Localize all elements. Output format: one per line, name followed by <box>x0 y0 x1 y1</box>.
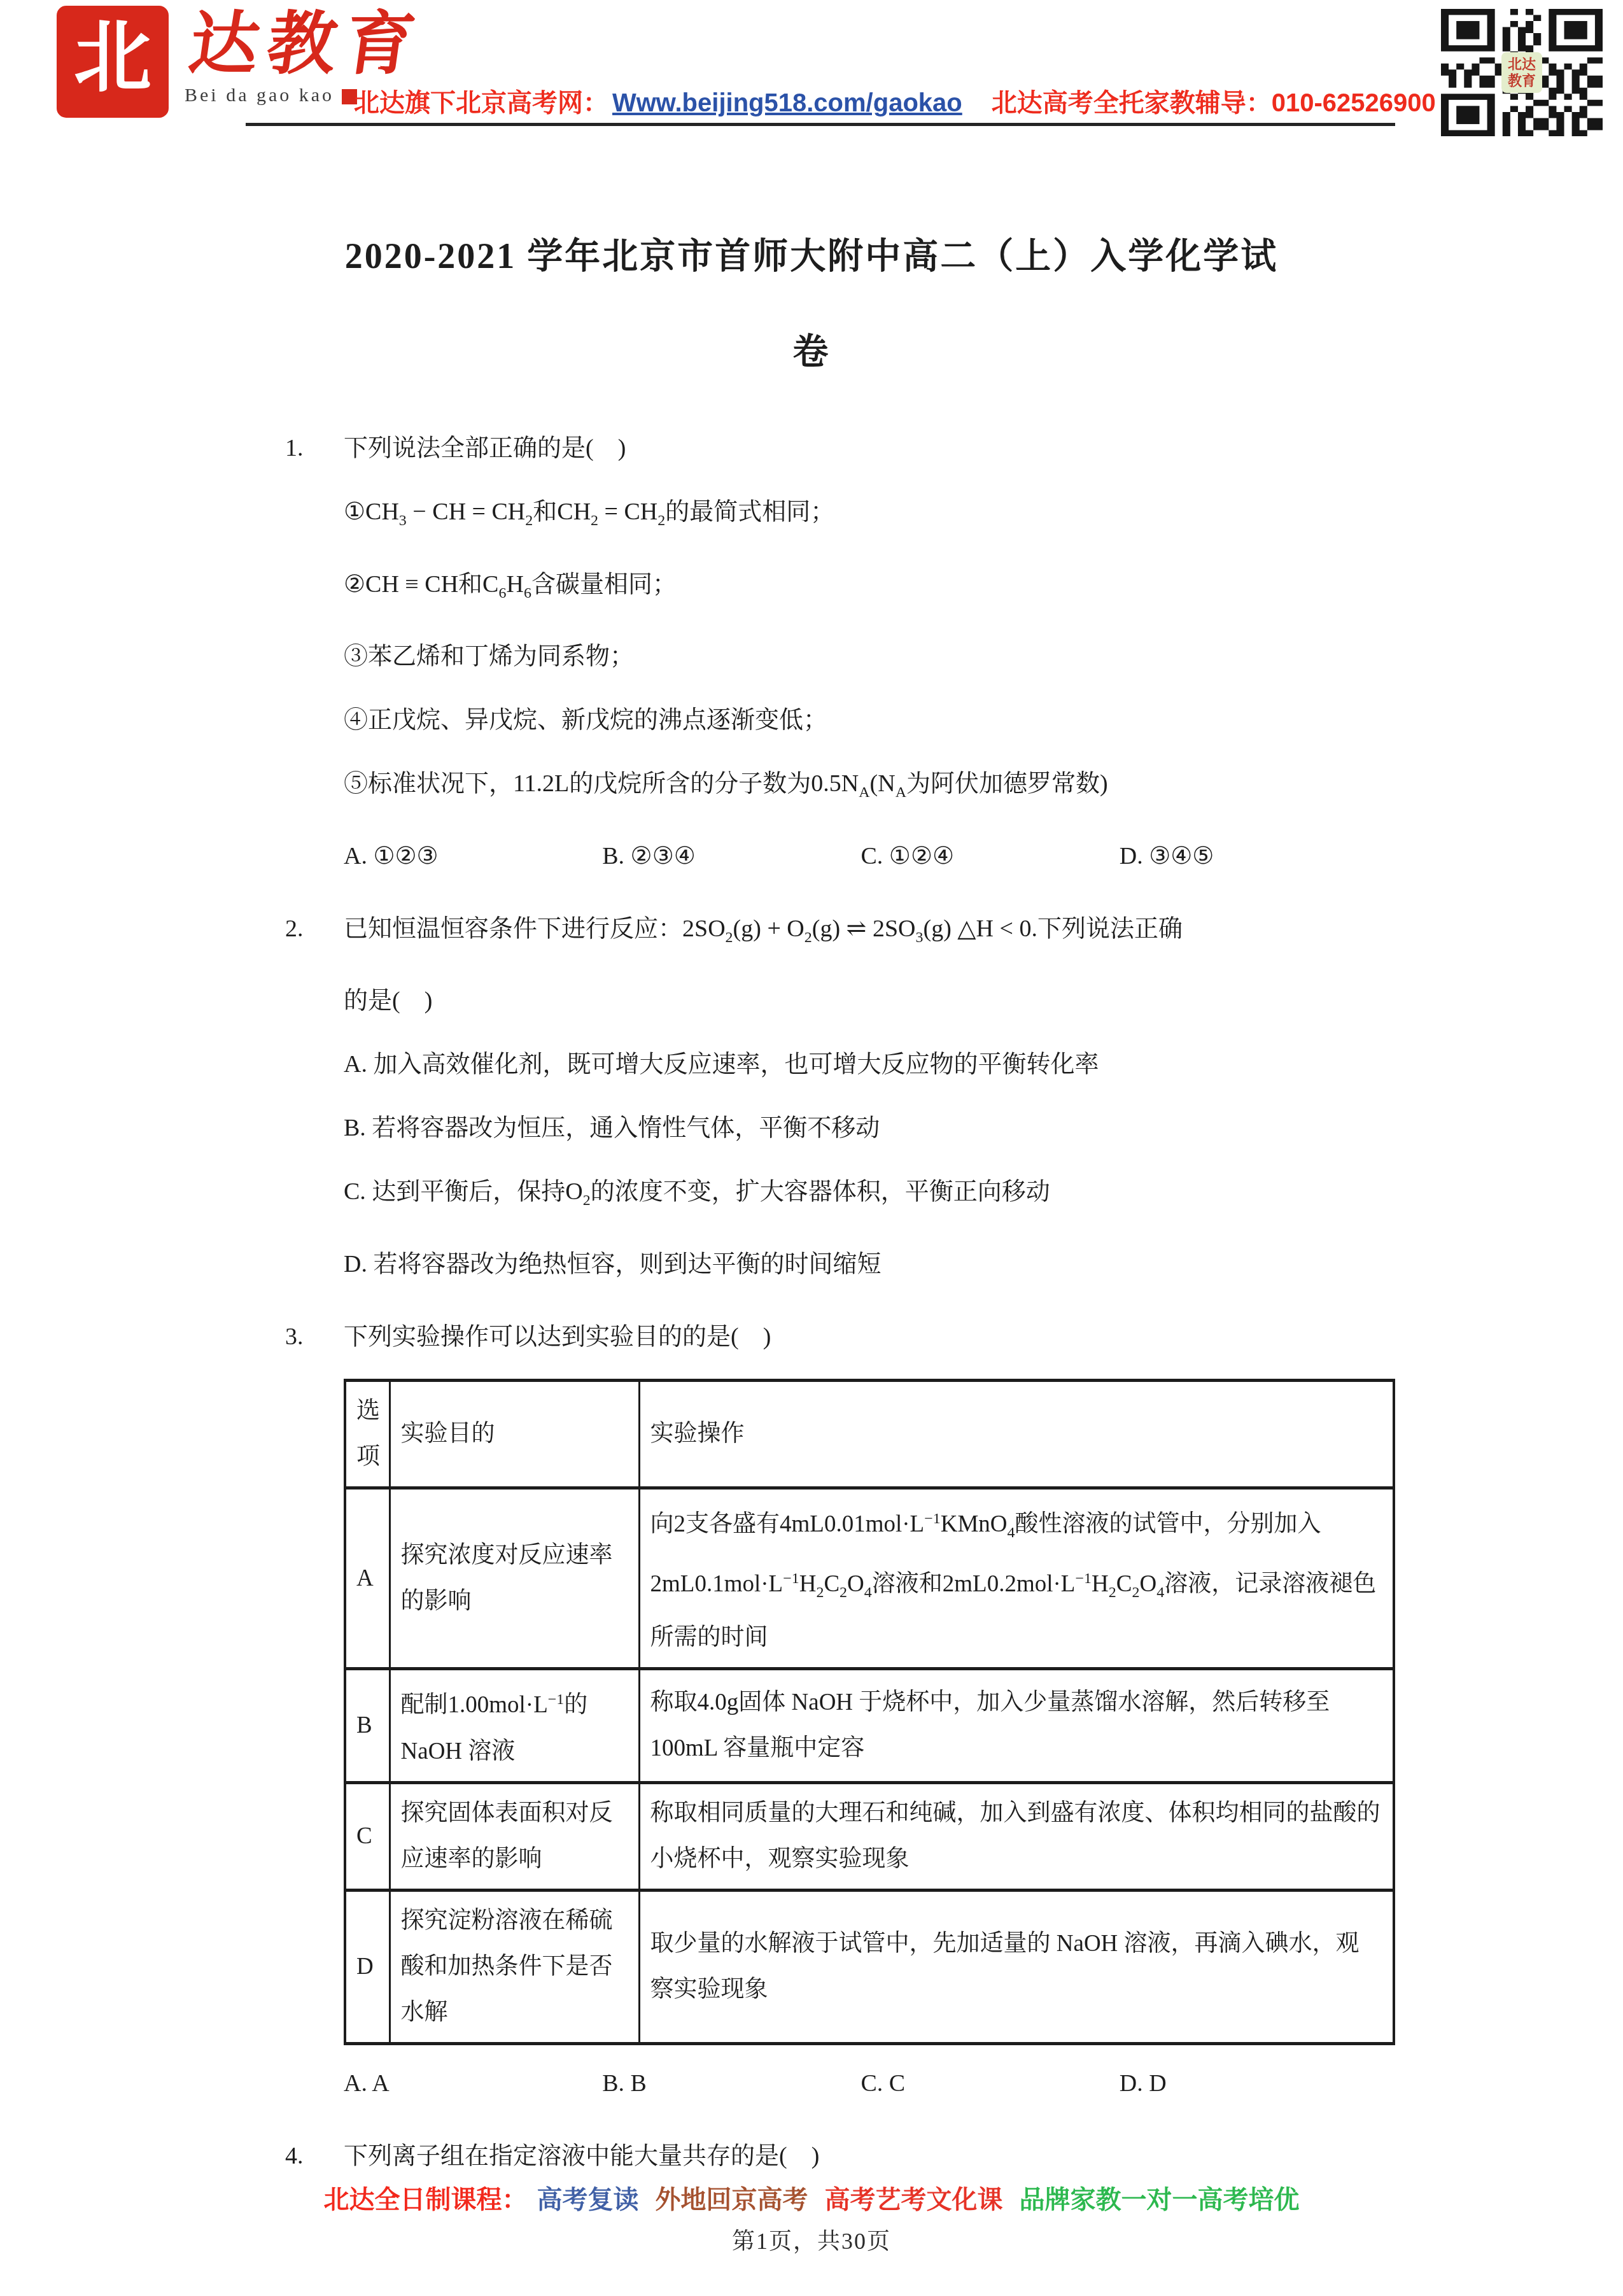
document-body: 2020-2021 学年北京市首师大附中高二（上）入学化学试 卷 1. 下列说法… <box>0 0 1623 2188</box>
qr-label-line1: 北达 <box>1508 56 1536 73</box>
row-d-goal: 探究淀粉溶液在稀硫酸和加热条件下是否水解 <box>390 1890 639 2043</box>
row-a-option: A <box>345 1488 390 1668</box>
question-1-option-d: D. ③④⑤ <box>1120 824 1378 888</box>
question-3-option-a: A. A <box>344 2052 602 2115</box>
table-header-operation: 实验操作 <box>639 1380 1394 1488</box>
tutor-label: 北达高考全托家教辅导： <box>992 89 1272 117</box>
question-1-body: 下列说法全部正确的是( ) ①CH3 − CH = CH2和CH2 = CH2的… <box>344 416 1378 888</box>
question-2: 2. 已知恒温恒容条件下进行反应：2SO2(g) + O2(g) ⇌ 2SO3(… <box>285 897 1623 1296</box>
question-1-item-2: ②CH ≡ CH和C6H6含碳量相同； <box>344 553 1378 625</box>
page-title-line2: 卷 <box>0 304 1623 400</box>
question-3-body: 下列实验操作可以达到实验目的的是( ) 选项 实验目的 实验操作 A 探究浓度对… <box>344 1305 1378 2115</box>
question-1: 1. 下列说法全部正确的是( ) ①CH3 − CH = CH2和CH2 = C… <box>285 416 1623 888</box>
row-d-option: D <box>345 1890 390 2043</box>
page-header: 北 达教育 Bei da gao kao 北达旗下北京高考网：Www.beiji… <box>0 0 1623 159</box>
footer-programs-label: 北达全日制课程： <box>324 2186 528 2214</box>
question-1-item-4: ④正戊烷、异戊烷、新戊烷的沸点逐渐变低； <box>344 688 1378 752</box>
table-header-row: 选项 实验目的 实验操作 <box>345 1380 1394 1488</box>
row-b-goal: 配制1.00mol·L−1的NaOH 溶液 <box>390 1669 639 1782</box>
page-footer: 北达全日制课程：高考复读外地回京高考高考艺考文化课品牌家教一对一高考培优 第1页… <box>0 2180 1623 2256</box>
question-3-option-b: B. B <box>602 2052 861 2115</box>
row-c-option: C <box>345 1782 390 1890</box>
page-title: 2020-2021 学年北京市首师大附中高二（上）入学化学试 卷 <box>0 209 1623 400</box>
row-a-goal: 探究浓度对反应速率的影响 <box>390 1488 639 1668</box>
footer-program-3: 高考艺考文化课 <box>825 2186 1003 2214</box>
logo-tagline-text: Bei da gao kao <box>185 85 334 106</box>
footer-program-2: 外地回京高考 <box>656 2186 808 2214</box>
footer-programs: 北达全日制课程：高考复读外地回京高考高考艺考文化课品牌家教一对一高考培优 <box>0 2180 1623 2216</box>
question-2-number: 2. <box>285 897 344 1296</box>
qr-code: 北达 教育 <box>1441 9 1603 136</box>
table-row-c: C 探究固体表面积对反应速率的影响 称取相同质量的大理石和纯碱，加入到盛有浓度、… <box>345 1782 1394 1890</box>
footer-program-1: 高考复读 <box>537 2186 639 2214</box>
question-2-option-c: C. 达到平衡后，保持O2的浓度不变，扩大容器体积，平衡正向移动 <box>344 1160 1378 1232</box>
question-3-options: A. A B. B C. C D. D <box>344 2052 1378 2115</box>
question-1-option-b: B. ②③④ <box>602 824 861 888</box>
header-contact-line: 北达旗下北京高考网：Www.beijing518.com/gaokao北达高考全… <box>354 83 1436 119</box>
logo-seal-icon: 北 <box>59 8 167 116</box>
question-2-option-b: B. 若将容器改为恒压，通入惰性气体，平衡不移动 <box>344 1096 1378 1160</box>
qr-center-label: 北达 教育 <box>1501 52 1542 93</box>
page-number: 第1页，共30页 <box>0 2223 1623 2256</box>
question-1-options: A. ①②③ B. ②③④ C. ①②④ D. ③④⑤ <box>344 824 1378 888</box>
header-rule <box>246 123 1395 126</box>
row-c-operation: 称取相同质量的大理石和纯碱，加入到盛有浓度、体积均相同的盐酸的小烧杯中，观察实验… <box>639 1782 1394 1890</box>
question-3-option-d: D. D <box>1120 2052 1378 2115</box>
row-c-goal: 探究固体表面积对反应速率的影响 <box>390 1782 639 1890</box>
question-1-number: 1. <box>285 416 344 888</box>
question-3-option-c: C. C <box>861 2052 1120 2115</box>
row-b-option: B <box>345 1669 390 1782</box>
row-a-operation: 向2支各盛有4mL0.01mol·L−1KMnO4酸性溶液的试管中，分别加入2m… <box>639 1488 1394 1668</box>
row-b-operation: 称取4.0g固体 NaOH 于烧杯中，加入少量蒸馏水溶解，然后转移至 100mL… <box>639 1669 1394 1782</box>
question-4-body: 下列离子组在指定溶液中能大量共存的是( ) <box>344 2124 1378 2188</box>
page-title-line1: 2020-2021 学年北京市首师大附中高二（上）入学化学试 <box>0 209 1623 304</box>
question-2-option-a: A. 加入高效催化剂，既可增大反应速率，也可增大反应物的平衡转化率 <box>344 1032 1378 1096</box>
question-list: 1. 下列说法全部正确的是( ) ①CH3 − CH = CH2和CH2 = C… <box>285 416 1623 2188</box>
qr-label-line2: 教育 <box>1508 73 1536 89</box>
site-link[interactable]: Www.beijing518.com/gaokao <box>612 89 962 117</box>
question-1-option-c: C. ①②④ <box>861 824 1120 888</box>
question-2-body: 已知恒温恒容条件下进行反应：2SO2(g) + O2(g) ⇌ 2SO3(g) … <box>344 897 1378 1296</box>
table-header-option: 选项 <box>345 1380 390 1488</box>
question-2-option-d: D. 若将容器改为绝热恒容，则到达平衡的时间缩短 <box>344 1232 1378 1296</box>
question-3-number: 3. <box>285 1305 344 2115</box>
question-3-stem: 下列实验操作可以达到实验目的的是( ) <box>344 1305 1378 1369</box>
question-1-item-3: ③苯乙烯和丁烯为同系物； <box>344 624 1378 688</box>
question-1-stem: 下列说法全部正确的是( ) <box>344 416 1378 480</box>
site-label: 北达旗下北京高考网： <box>354 89 608 117</box>
table-row-a: A 探究浓度对反应速率的影响 向2支各盛有4mL0.01mol·L−1KMnO4… <box>345 1488 1394 1668</box>
question-3: 3. 下列实验操作可以达到实验目的的是( ) 选项 实验目的 实验操作 A 探究… <box>285 1305 1623 2115</box>
question-1-item-5: ⑤标准状况下，11.2L的戊烷所含的分子数为0.5NA(NA为阿伏加德罗常数) <box>344 752 1378 824</box>
experiment-table: 选项 实验目的 实验操作 A 探究浓度对反应速率的影响 向2支各盛有4mL0.0… <box>344 1379 1395 2045</box>
row-d-operation: 取少量的水解液于试管中，先加适量的 NaOH 溶液，再滴入碘水，观察实验现象 <box>639 1890 1394 2043</box>
table-row-b: B 配制1.00mol·L−1的NaOH 溶液 称取4.0g固体 NaOH 于烧… <box>345 1669 1394 1782</box>
question-4-stem: 下列离子组在指定溶液中能大量共存的是( ) <box>344 2124 1378 2188</box>
question-4-number: 4. <box>285 2124 344 2188</box>
table-header-goal: 实验目的 <box>390 1380 639 1488</box>
question-1-item-1: ①CH3 − CH = CH2和CH2 = CH2的最简式相同； <box>344 480 1378 553</box>
phone-number: 010-62526900 <box>1272 89 1436 117</box>
question-4: 4. 下列离子组在指定溶液中能大量共存的是( ) <box>285 2124 1623 2188</box>
footer-program-4: 品牌家教一对一高考培优 <box>1020 2186 1300 2214</box>
table-row-d: D 探究淀粉溶液在稀硫酸和加热条件下是否水解 取少量的水解液于试管中，先加适量的… <box>345 1890 1394 2043</box>
logo-brand-text: 达教育 <box>185 8 428 83</box>
question-1-option-a: A. ①②③ <box>344 824 602 888</box>
question-2-stem-line2: 的是( ) <box>344 969 1378 1032</box>
question-2-stem-line1: 已知恒温恒容条件下进行反应：2SO2(g) + O2(g) ⇌ 2SO3(g) … <box>344 897 1378 969</box>
